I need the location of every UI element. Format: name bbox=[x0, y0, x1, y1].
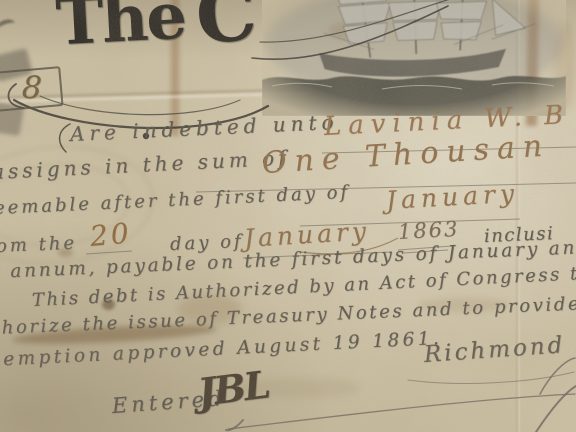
handwritten-clerk-initials: JBL bbox=[195, 362, 271, 415]
printed-line-indebted: Are indebted unto bbox=[69, 110, 339, 146]
handwritten-day: 20 bbox=[89, 216, 133, 253]
handwritten-amount: One Thousan bbox=[261, 128, 551, 181]
ship-engraving bbox=[262, 0, 566, 116]
serial-number: 8 bbox=[21, 70, 43, 107]
printed-date-prefix: om the bbox=[0, 233, 77, 257]
handwritten-year: 1863 bbox=[397, 217, 460, 244]
corner-mark bbox=[0, 17, 18, 37]
handwritten-place: Richmond 2 bbox=[423, 330, 576, 368]
masthead-title-initial: C bbox=[193, 0, 260, 61]
masthead-title-word: The bbox=[54, 0, 187, 60]
handwritten-month: January bbox=[385, 179, 520, 215]
document-photo: The C 8 Are indebted unto Lavinia W. B a… bbox=[0, 0, 576, 432]
